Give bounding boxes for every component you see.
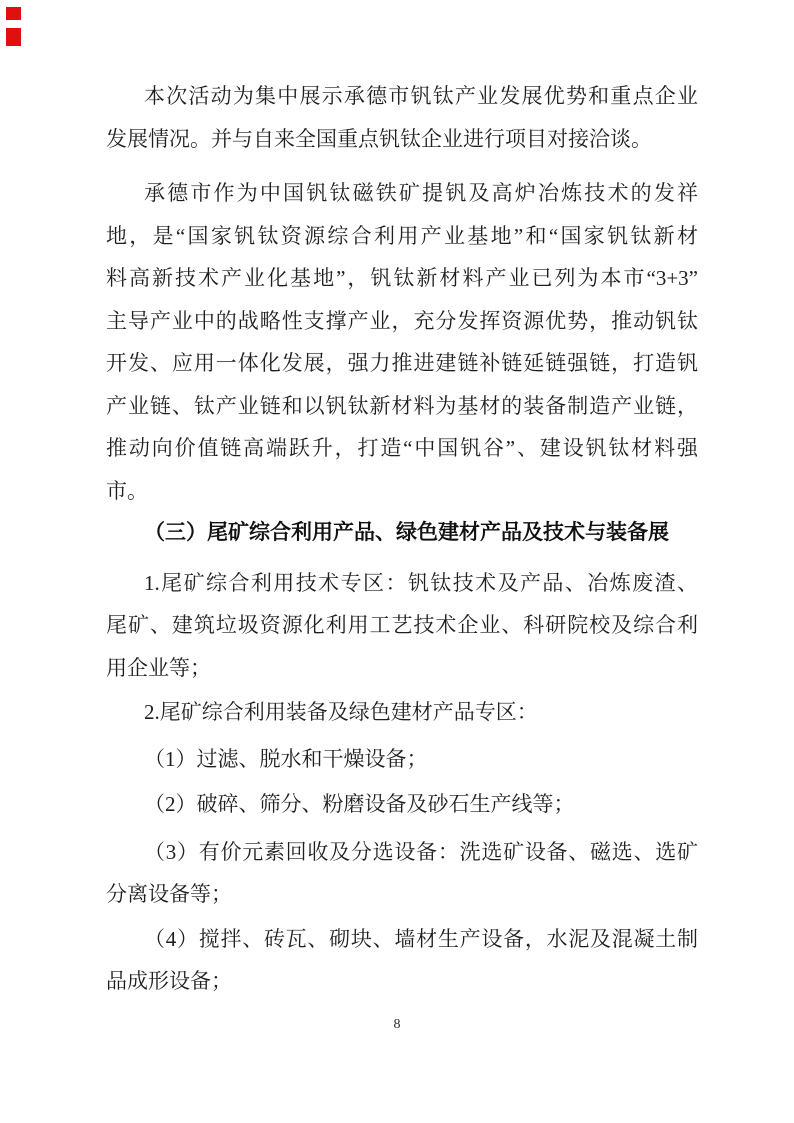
document-body: 本次活动为集中展示承德市钒钛产业发展优势和重点企业 发展情况。并与自来全国重点钒…: [106, 75, 698, 1003]
text-line: （3）有价元素回收及分选设备：洗选矿设备、磁选、选矿: [106, 831, 698, 874]
text-line: 1.尾矿综合利用技术专区：钒钛技术及产品、冶炼废渣、: [106, 562, 698, 605]
red-stamp-mark-1: [6, 7, 21, 20]
paragraph: 2.尾矿综合利用装备及绿色建材产品专区：: [106, 691, 698, 734]
text-line: 本次活动为集中展示承德市钒钛产业发展优势和重点企业: [106, 75, 698, 118]
red-stamp-mark-2: [6, 28, 21, 46]
text-line: 用企业等；: [106, 647, 698, 690]
page-number: 8: [0, 1016, 794, 1034]
text-line: 尾矿、建筑垃圾资源化利用工艺技术企业、科研院校及综合利: [106, 604, 698, 647]
text-line: 料高新技术产业化基地”，钒钛新材料产业已列为本市“3+3”: [106, 257, 698, 300]
text-line: 发展情况。并与自来全国重点钒钛企业进行项目对接洽谈。: [106, 118, 698, 161]
section-heading: （三）尾矿综合利用产品、绿色建材产品及技术与装备展: [106, 512, 698, 555]
text-line: 推动向价值链高端跃升，打造“中国钒谷”、建设钒钛材料强: [106, 427, 698, 470]
paragraph: （1）过滤、脱水和干燥设备；: [106, 738, 698, 781]
text-line: 2.尾矿综合利用装备及绿色建材产品专区：: [106, 691, 698, 734]
paragraph: （2）破碎、筛分、粉磨设备及砂石生产线等；: [106, 783, 698, 826]
text-line: 承德市作为中国钒钛磁铁矿提钒及高炉冶炼技术的发祥: [106, 172, 698, 215]
text-line: （4）搅拌、砖瓦、砌块、墙材生产设备，水泥及混凝土制: [106, 918, 698, 961]
text-line: 主导产业中的战略性支撑产业，充分发挥资源优势，推动钒钛: [106, 300, 698, 343]
text-line: 地，是“国家钒钛资源综合利用产业基地”和“国家钒钛新材: [106, 215, 698, 258]
document-page: 本次活动为集中展示承德市钒钛产业发展优势和重点企业 发展情况。并与自来全国重点钒…: [0, 0, 794, 1123]
text-line: （1）过滤、脱水和干燥设备；: [106, 738, 698, 781]
paragraph: 本次活动为集中展示承德市钒钛产业发展优势和重点企业 发展情况。并与自来全国重点钒…: [106, 75, 698, 160]
paragraph: 1.尾矿综合利用技术专区：钒钛技术及产品、冶炼废渣、 尾矿、建筑垃圾资源化利用工…: [106, 562, 698, 690]
text-line: 市。: [106, 470, 698, 513]
text-line: 品成形设备；: [106, 960, 698, 1003]
heading-text: （三）尾矿综合利用产品、绿色建材产品及技术与装备展: [106, 512, 698, 555]
paragraph: （4）搅拌、砖瓦、砌块、墙材生产设备，水泥及混凝土制 品成形设备；: [106, 918, 698, 1003]
text-line: （2）破碎、筛分、粉磨设备及砂石生产线等；: [106, 783, 698, 826]
paragraph: （3）有价元素回收及分选设备：洗选矿设备、磁选、选矿 分离设备等；: [106, 831, 698, 916]
text-line: 开发、应用一体化发展，强力推进建链补链延链强链，打造钒: [106, 342, 698, 385]
text-line: 分离设备等；: [106, 873, 698, 916]
text-line: 产业链、钛产业链和以钒钛新材料为基材的装备制造产业链，: [106, 385, 698, 428]
paragraph: 承德市作为中国钒钛磁铁矿提钒及高炉冶炼技术的发祥 地，是“国家钒钛资源综合利用产…: [106, 172, 698, 512]
